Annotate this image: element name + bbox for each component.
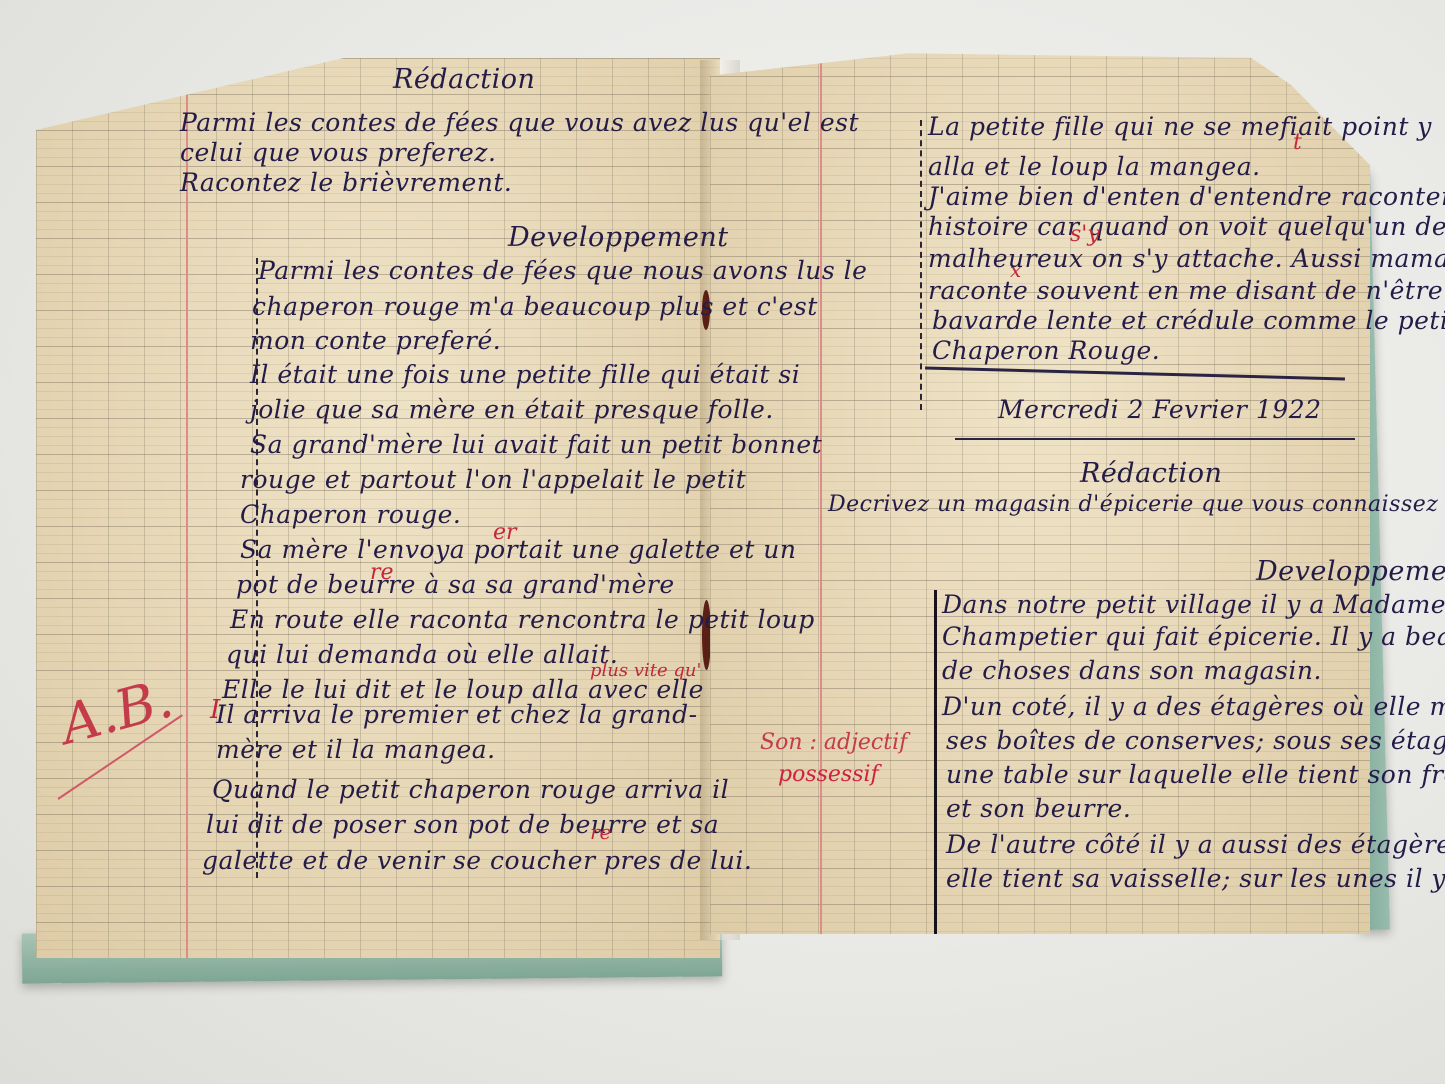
left-prompt-line: Racontez le brièvrement. [180,168,512,197]
left-prompt-line: Parmi les contes de fées que vous avez l… [180,108,859,137]
right-body-line: ses boîtes de conserves; sous ses étagèr… [946,726,1445,755]
correction-sy: s'y [1070,222,1100,247]
left-body-line: Sa mère l'envoya portait une galette et … [240,535,797,564]
right-heading: Rédaction [1080,458,1222,489]
left-body-line: Il arriva le premier et chez la grand- [216,700,698,729]
right-body-line: D'un coté, il y a des étagères où elle m… [942,692,1445,721]
correction-malheureux: x [1010,258,1021,282]
notebook: Rédaction Parmi les contes de fées que v… [0,0,1445,1084]
right-body-line: une table sur laquelle elle tient son fr… [946,760,1445,789]
right-continuation-line: bavarde lente et crédule comme le petit [932,306,1445,335]
left-heading: Rédaction [393,64,535,95]
left-body-line: Chaperon rouge. [240,500,461,529]
left-body-line: jolie que sa mère en était presque folle… [250,395,774,424]
right-continuation-line: alla et le loup la mangea. [928,152,1261,181]
correction-portait: er [493,520,517,545]
right-continuation-line: raconte souvent en me disant de n'être p… [928,276,1445,305]
left-body-line: Il était une fois une petite fille qui é… [250,360,800,389]
right-page-margin-line [820,40,822,934]
correction-plus-vite: plus vite qu' [590,660,701,681]
left-body-line: pot de beurre à sa sa grand'mère [236,570,675,599]
right-page-solid-margin [934,590,937,934]
right-section-heading: Developpement [1256,556,1445,587]
left-section-heading: Developpement [508,222,729,253]
left-body-line: Parmi les contes de fées que nous avons … [258,256,867,285]
left-prompt-line: celui que vous preferez. [180,138,496,167]
right-body-line: de choses dans son magasin. [942,656,1322,685]
left-body-line: Quand le petit chaperon rouge arriva il [212,775,729,804]
right-body-line: De l'autre côté il y a aussi des étagère… [946,830,1445,859]
left-body-line: chaperon rouge m'a beaucoup plus et c'es… [252,292,818,321]
right-continuation-line: La petite fille qui ne se mefiait point … [928,112,1432,141]
right-continuation-line: histoire car quand on voit quelqu'un de [928,212,1445,241]
margin-note-line: possessif [778,762,879,787]
left-body-line: En route elle raconta rencontra le petit… [230,605,815,634]
right-body-line: et son beurre. [946,794,1131,823]
right-body-line: Champetier qui fait épicerie. Il y a bea… [942,622,1445,651]
right-continuation-line: Chaperon Rouge. [932,336,1160,365]
right-body-line: Dans notre petit village il y a Madame [942,590,1445,619]
left-body-line: Sa grand'mère lui avait fait un petit bo… [250,430,822,459]
right-prompt: Decrivez un magasin d'épicerie que vous … [828,492,1445,517]
right-continuation-line: J'aime bien d'enten d'entendre raconter … [928,182,1445,211]
left-body-line: rouge et partout l'on l'appelait le peti… [240,465,746,494]
section-divider-bottom [955,438,1355,440]
left-body-line: lui dit de poser son pot de beurre et sa [206,810,719,839]
correction-capital-i: I [210,695,220,725]
right-continuation-line: malheureux on s'y attache. Aussi maman m… [928,244,1445,273]
margin-note-line: Son : adjectif [760,730,907,755]
correction-point: t [1293,130,1302,155]
right-page-dotted-margin [920,120,922,410]
correction-beurre: re [370,560,394,585]
left-body-line: mon conte preferé. [250,326,501,355]
left-body-line: mère et il la mangea. [216,735,496,764]
right-body-line: elle tient sa vaisselle; sur les unes il… [946,864,1445,893]
entry-date: Mercredi 2 Fevrier 1922 [998,395,1322,424]
correction-beurre-2: re [590,820,611,844]
left-body-line: qui lui demanda où elle allait. [226,640,618,669]
left-body-line: galette et de venir se coucher pres de l… [202,846,752,875]
